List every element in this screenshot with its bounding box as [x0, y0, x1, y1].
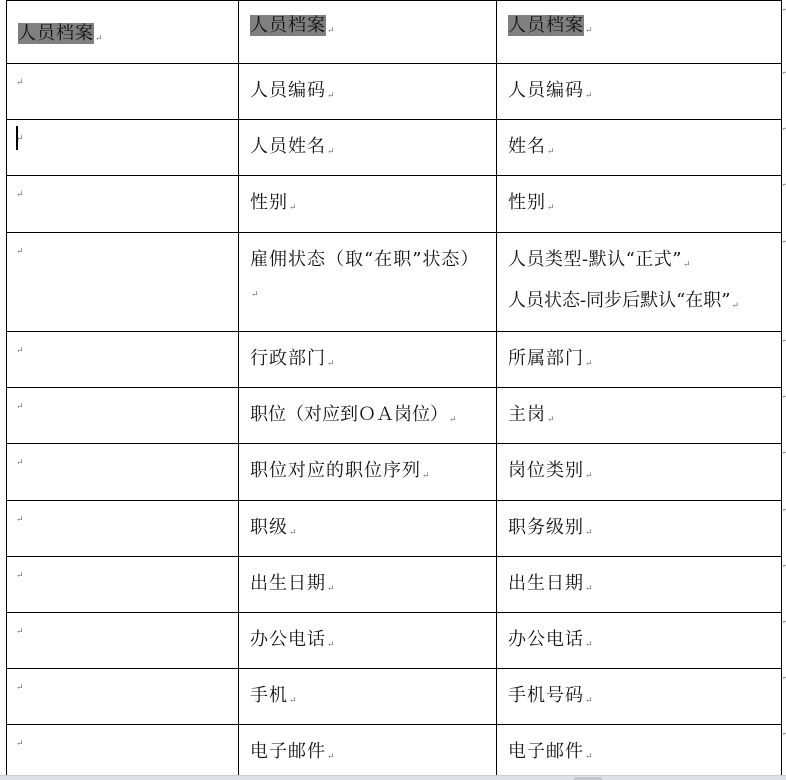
empty-cell[interactable]: ↵ — [7, 332, 239, 388]
row-end-mark-icon: ↵ — [781, 68, 786, 78]
header-cell[interactable]: 人员档案↵ — [7, 1, 239, 64]
cell[interactable]: 出生日期↵↵ — [497, 557, 782, 613]
row-end-mark-icon: ↵ — [781, 124, 786, 134]
paragraph-mark-icon: ↵ — [585, 752, 594, 762]
table-header-row: 人员档案↵ 人员档案↵ 人员档案↵↵ — [7, 1, 782, 64]
paragraph-mark-icon: ↵ — [327, 91, 336, 101]
cell-text: 出生日期 — [508, 573, 584, 594]
paragraph-mark-icon: ↵ — [327, 640, 336, 650]
table-row: ↵ 雇佣状态（取“在职”状态）↵ 人员类型-默认“正式”↵ 人员状态-同步后默认… — [7, 233, 782, 332]
row-end-mark-icon: ↵ — [781, 180, 786, 190]
cell[interactable]: 人员编码↵ — [239, 64, 497, 120]
cell[interactable]: 手机号码↵↵ — [497, 669, 782, 725]
table-row: ↵ 手机↵ 手机号码↵↵ — [7, 669, 782, 725]
cell[interactable]: 人员编码↵↵ — [497, 64, 782, 120]
cell-text: 所属部门 — [508, 348, 584, 369]
horizontal-scrollbar[interactable] — [0, 775, 786, 780]
row-end-mark-icon: ↵ — [781, 673, 786, 683]
cell[interactable]: 职级↵ — [239, 501, 497, 557]
cell[interactable]: 所属部门↵↵ — [497, 332, 782, 388]
cell[interactable]: 办公电话↵ — [239, 613, 497, 669]
table-row: ↵ 电子邮件↵ 电子邮件↵↵ — [7, 725, 782, 780]
cell[interactable]: 职位对应的职位序列↵ — [239, 444, 497, 501]
cell-text: 人员编码 — [508, 80, 584, 101]
paragraph-mark-icon: ↵ — [547, 203, 556, 213]
row-end-mark-icon: ↵ — [781, 729, 786, 739]
table-row: ↵ 行政部门↵ 所属部门↵↵ — [7, 332, 782, 388]
empty-cell[interactable]: ↵ — [7, 120, 239, 176]
paragraph-mark-icon: ↵ — [327, 359, 336, 369]
cell[interactable]: 岗位类别↵↵ — [497, 444, 782, 501]
paragraph-mark-icon: ↵ — [16, 458, 24, 468]
cell[interactable]: 行政部门↵ — [239, 332, 497, 388]
cell-text: 手机号码 — [508, 685, 584, 706]
paragraph-mark-icon: ↵ — [585, 696, 594, 706]
cell-text: 职位对应的职位序列 — [250, 460, 421, 481]
cell[interactable]: 职位（对应到ＯＡ岗位）↵ — [239, 388, 497, 444]
table-row: ↵ 办公电话↵ 办公电话↵↵ — [7, 613, 782, 669]
paragraph-mark-icon: ↵ — [16, 247, 24, 257]
paragraph-mark-icon: ↵ — [585, 471, 594, 481]
paragraph-mark-icon: ↵ — [289, 203, 298, 213]
table-row: ↵ 职位对应的职位序列↵ 岗位类别↵↵ — [7, 444, 782, 501]
row-end-mark-icon: ↵ — [781, 5, 786, 15]
table-row: ↵ 职位（对应到ＯＡ岗位）↵ 主岗↵↵ — [7, 388, 782, 444]
paragraph-mark-icon: ↵ — [289, 528, 298, 538]
cell-text: 人员姓名 — [250, 136, 326, 157]
cell-text: 手机 — [250, 685, 288, 706]
cell-text: 雇佣状态（取“在职”状态） — [250, 249, 479, 270]
row-end-mark-icon: ↵ — [781, 617, 786, 627]
cell[interactable]: 雇佣状态（取“在职”状态）↵ — [239, 233, 497, 332]
cell-text: 办公电话 — [508, 629, 584, 650]
cell-text: 电子邮件 — [508, 741, 584, 762]
paragraph-mark-icon: ↵ — [16, 346, 24, 356]
empty-cell[interactable]: ↵ — [7, 444, 239, 501]
cell[interactable]: 主岗↵↵ — [497, 388, 782, 444]
paragraph-mark-icon: ↵ — [16, 515, 24, 525]
header-cell[interactable]: 人员档案↵ — [239, 1, 497, 64]
cell-text: 人员类型-默认“正式” — [508, 249, 682, 270]
paragraph-mark-icon: ↵ — [327, 147, 336, 157]
paragraph-mark-icon: ↵ — [16, 739, 24, 749]
paragraph-mark-icon: ↵ — [16, 571, 24, 581]
empty-cell[interactable]: ↵ — [7, 388, 239, 444]
paragraph-mark-icon: ↵ — [327, 26, 336, 36]
paragraph-mark-icon: ↵ — [16, 683, 24, 693]
cell[interactable]: 手机↵ — [239, 669, 497, 725]
cell-text: 办公电话 — [250, 629, 326, 650]
cell-text: 主岗 — [508, 404, 546, 425]
paragraph-mark-icon: ↵ — [547, 415, 556, 425]
cell-text: 职级 — [250, 517, 288, 538]
empty-cell[interactable]: ↵ — [7, 501, 239, 557]
table-row: ↵ 人员姓名↵ 姓名↵↵ — [7, 120, 782, 176]
paragraph-mark-icon: ↵ — [327, 584, 336, 594]
paragraph-mark-icon: ↵ — [585, 528, 594, 538]
paragraph-mark-icon: ↵ — [547, 147, 556, 157]
empty-cell[interactable]: ↵ — [7, 725, 239, 780]
row-end-mark-icon: ↵ — [781, 237, 786, 247]
paragraph-mark-icon: ↵ — [16, 627, 24, 637]
paragraph-mark-icon: ↵ — [585, 91, 594, 101]
cell-text: 性别 — [508, 192, 546, 213]
header-cell[interactable]: 人员档案↵↵ — [497, 1, 782, 64]
cell-text: 出生日期 — [250, 573, 326, 594]
paragraph-mark-icon: ↵ — [683, 260, 691, 270]
paragraph-mark-icon: ↵ — [16, 190, 24, 200]
paragraph-mark-icon: ↵ — [16, 78, 24, 88]
paragraph-mark-icon: ↵ — [327, 752, 336, 762]
paragraph-mark-icon: ↵ — [251, 290, 260, 300]
cell-text: 职务级别 — [508, 517, 584, 538]
cell[interactable]: 性别↵↵ — [497, 176, 782, 233]
cell-text: 人员状态-同步后默认“在职” — [508, 290, 731, 311]
empty-cell[interactable]: ↵ — [7, 613, 239, 669]
empty-cell[interactable]: ↵ — [7, 233, 239, 332]
cell-text: 电子邮件 — [250, 741, 326, 762]
paragraph-mark-icon: ↵ — [732, 301, 740, 311]
paragraph-mark-icon: ↵ — [289, 696, 298, 706]
table-row: ↵ 出生日期↵ 出生日期↵↵ — [7, 557, 782, 613]
cell[interactable]: 办公电话↵↵ — [497, 613, 782, 669]
row-end-mark-icon: ↵ — [781, 336, 786, 346]
paragraph-mark-icon: ↵ — [585, 26, 594, 36]
paragraph-mark-icon: ↵ — [449, 415, 457, 425]
paragraph-mark-icon: ↵ — [585, 640, 594, 650]
cell-text: 行政部门 — [250, 348, 326, 369]
empty-cell[interactable]: ↵ — [7, 176, 239, 233]
cell-text: 岗位类别 — [508, 460, 584, 481]
header-text: 人员档案 — [250, 15, 326, 36]
row-end-mark-icon: ↵ — [781, 392, 786, 402]
empty-cell[interactable]: ↵ — [7, 64, 239, 120]
cell[interactable]: 人员类型-默认“正式”↵ 人员状态-同步后默认“在职”↵ ↵ — [497, 233, 782, 332]
paragraph-mark-icon: ↵ — [16, 402, 24, 412]
header-text: 人员档案 — [18, 23, 94, 44]
paragraph-mark-icon: ↵ — [585, 359, 594, 369]
paragraph-mark-icon: ↵ — [422, 471, 431, 481]
header-text: 人员档案 — [508, 15, 584, 36]
paragraph-mark-icon: ↵ — [95, 34, 104, 44]
cell[interactable]: 性别↵ — [239, 176, 497, 233]
paragraph-mark-icon: ↵ — [585, 584, 594, 594]
cell-text: 性别 — [250, 192, 288, 213]
empty-cell[interactable]: ↵ — [7, 669, 239, 725]
table-row: ↵ 人员编码↵ 人员编码↵↵ — [7, 64, 782, 120]
row-end-mark-icon: ↵ — [781, 505, 786, 515]
cell[interactable]: 出生日期↵ — [239, 557, 497, 613]
table-row: ↵ 性别↵ 性别↵↵ — [7, 176, 782, 233]
table-row: ↵ 职级↵ 职务级别↵↵ — [7, 501, 782, 557]
cell-text: 人员编码 — [250, 80, 326, 101]
row-end-mark-icon: ↵ — [781, 561, 786, 571]
cell[interactable]: 人员姓名↵ — [239, 120, 497, 176]
cell[interactable]: 电子邮件↵ — [239, 725, 497, 780]
paragraph-mark-icon: ↵ — [16, 134, 24, 144]
cell[interactable]: 职务级别↵↵ — [497, 501, 782, 557]
cell-text: 姓名 — [508, 136, 546, 157]
cell[interactable]: 电子邮件↵↵ — [497, 725, 782, 780]
empty-cell[interactable]: ↵ — [7, 557, 239, 613]
cell-text: 职位（对应到ＯＡ岗位） — [250, 404, 448, 425]
cell[interactable]: 姓名↵↵ — [497, 120, 782, 176]
personnel-mapping-table: 人员档案↵ 人员档案↵ 人员档案↵↵ ↵ 人员编码↵ 人员编码↵↵ ↵ 人员姓名… — [6, 0, 782, 780]
row-end-mark-icon: ↵ — [781, 448, 786, 458]
